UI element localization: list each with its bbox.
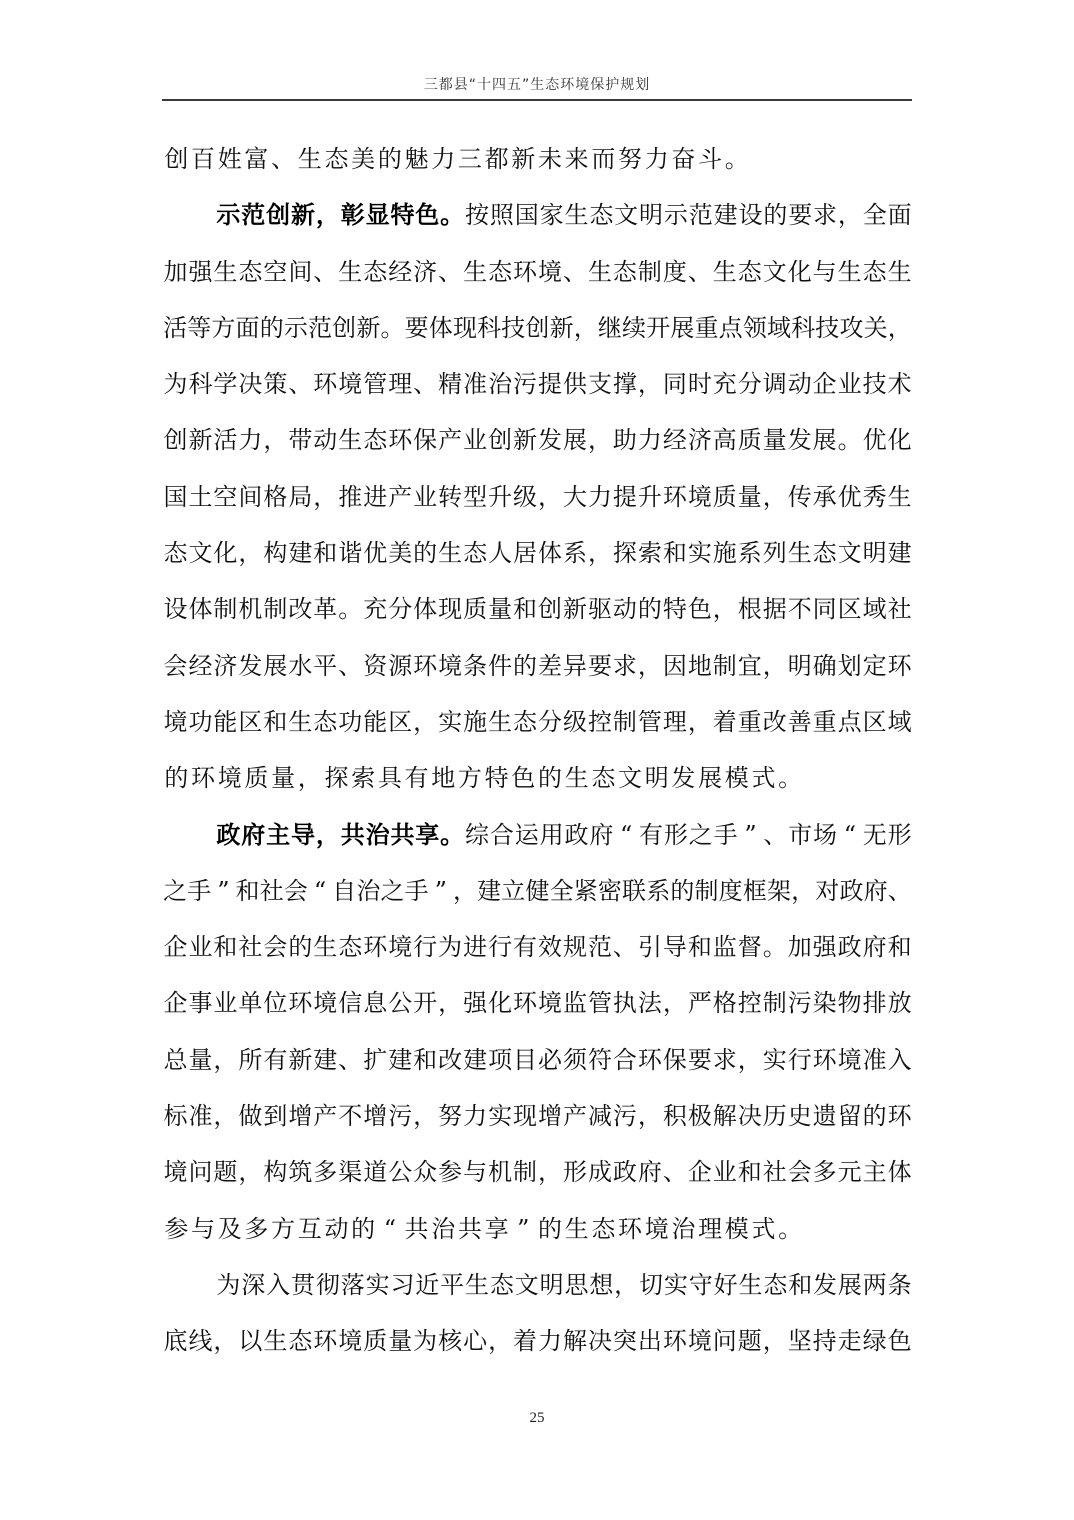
page-number: 25 xyxy=(0,1410,1074,1427)
running-header: 三都县“十四五”生态环境保护规划 xyxy=(162,74,912,94)
document-body: 创百姓富、生态美的魅力三都新未来而努力奋斗。示范创新，彰显特色。按照国家生态文明… xyxy=(163,140,912,1379)
text-line: 标准，做到增产不增污，努力实现增产减污，积极解决历史遗留的环 xyxy=(163,1097,912,1153)
text-line: 为科学决策、环境管理、精准治污提供支撑，同时充分调动企业技术 xyxy=(163,365,912,421)
text-line: 态文化，构建和谐优美的生态人居体系，探索和实施系列生态文明建 xyxy=(163,534,912,590)
text-line: 境问题，构筑多渠道公众参与机制，形成政府、企业和社会多元主体 xyxy=(163,1153,912,1209)
text-line: 参与及多方互动的“共治共享”的生态环境治理模式。 xyxy=(163,1210,912,1266)
text-line: 之手”和社会“自治之手”，建立健全紧密联系的制度框架，对政府、 xyxy=(163,872,912,928)
paragraph: 示范创新，彰显特色。按照国家生态文明示范建设的要求，全面加强生态空间、生态经济、… xyxy=(163,196,912,815)
header-divider xyxy=(162,99,912,101)
text-line: 创百姓富、生态美的魅力三都新未来而努力奋斗。 xyxy=(163,140,912,196)
text-line: 企事业单位环境信息公开，强化环境监管执法，严格控制污染物排放 xyxy=(163,984,912,1040)
paragraph: 为深入贯彻落实习近平生态文明思想，切实守好生态和发展两条底线，以生态环境质量为核… xyxy=(163,1266,912,1379)
text-line: 创新活力，带动生态环保产业创新发展，助力经济高质量发展。优化 xyxy=(163,421,912,477)
text-line: 加强生态空间、生态经济、生态环境、生态制度、生态文化与生态生 xyxy=(163,253,912,309)
text-line: 国土空间格局，推进产业转型升级，大力提升环境质量，传承优秀生 xyxy=(163,478,912,534)
text-line: 总量，所有新建、扩建和改建项目必须符合环保要求，实行环境准入 xyxy=(163,1041,912,1097)
paragraph: 政府主导，共治共享。综合运用政府“有形之手”、市场“无形之手”和社会“自治之手”… xyxy=(163,816,912,1266)
text-line: 活等方面的示范创新。要体现科技创新，继续开展重点领域科技攻关， xyxy=(163,309,912,365)
text-line: 为深入贯彻落实习近平生态文明思想，切实守好生态和发展两条 xyxy=(163,1266,912,1322)
text-line: 会经济发展水平、资源环境条件的差异要求，因地制宜，明确划定环 xyxy=(163,647,912,703)
paragraph: 创百姓富、生态美的魅力三都新未来而努力奋斗。 xyxy=(163,140,912,196)
text-line: 境功能区和生态功能区，实施生态分级控制管理，着重改善重点区域 xyxy=(163,703,912,759)
text-line: 设体制机制改革。充分体现质量和创新驱动的特色，根据不同区域社 xyxy=(163,590,912,646)
text-line: 底线，以生态环境质量为核心，着力解决突出环境问题，坚持走绿色 xyxy=(163,1322,912,1378)
text-line: 企业和社会的生态环境行为进行有效规范、引导和监督。加强政府和 xyxy=(163,928,912,984)
text-line: 示范创新，彰显特色。按照国家生态文明示范建设的要求，全面 xyxy=(163,196,912,252)
text-line: 的环境质量，探索具有地方特色的生态文明发展模式。 xyxy=(163,759,912,815)
text-line: 政府主导，共治共享。综合运用政府“有形之手”、市场“无形 xyxy=(163,816,912,872)
